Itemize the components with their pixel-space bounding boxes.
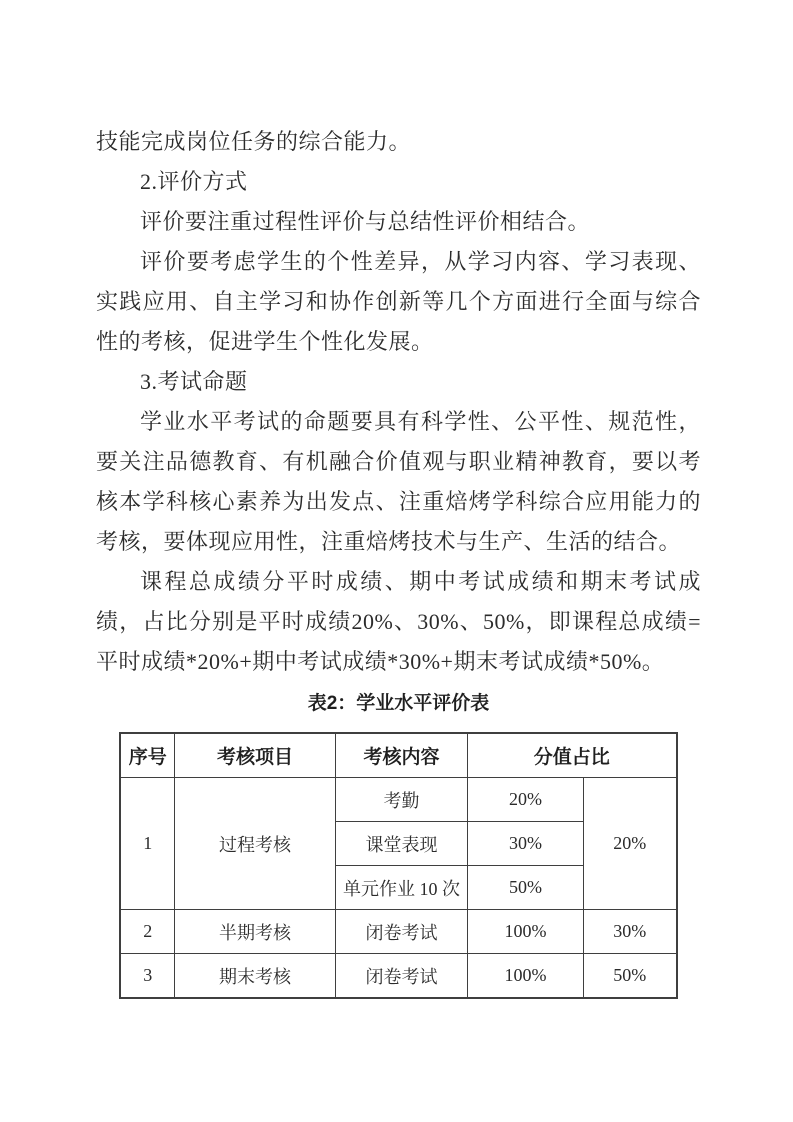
heading-exam-proposition: 3.考试命题 — [96, 362, 701, 402]
cell-row1-detail1-content: 考勤 — [335, 778, 467, 822]
heading-evaluation-method: 2.评价方式 — [96, 162, 701, 202]
header-cell-item: 考核项目 — [174, 733, 335, 778]
cell-row1-detail1-score: 20% — [467, 778, 583, 822]
cell-row3-content: 闭卷考试 — [335, 954, 467, 999]
paragraph-individual-differences: 评价要考虑学生的个性差异，从学习内容、学习表现、实践应用、自主学习和协作创新等几… — [96, 242, 701, 362]
cell-row2-no: 2 — [120, 910, 174, 954]
cell-row2-content: 闭卷考试 — [335, 910, 467, 954]
cell-row2-score: 100% — [467, 910, 583, 954]
cell-row3-score: 100% — [467, 954, 583, 999]
header-cell-weight: 分值占比 — [467, 733, 676, 778]
page-content: 技能完成岗位任务的综合能力。 2.评价方式 评价要注重过程性评价与总结性评价相结… — [96, 122, 701, 999]
document-page: 技能完成岗位任务的综合能力。 2.评价方式 评价要注重过程性评价与总结性评价相结… — [0, 0, 793, 1122]
cell-row1-detail3-score: 50% — [467, 866, 583, 910]
cell-row1-weight: 20% — [583, 778, 676, 910]
evaluation-table: 序号 考核项目 考核内容 分值占比 1 过程考核 考勤 20% 20% 课堂表现… — [119, 732, 677, 999]
table-header-row: 序号 考核项目 考核内容 分值占比 — [120, 733, 676, 778]
paragraph-continuation: 技能完成岗位任务的综合能力。 — [96, 122, 701, 162]
cell-row3-no: 3 — [120, 954, 174, 999]
cell-row1-detail2-content: 课堂表现 — [335, 822, 467, 866]
cell-row1-detail3-content: 单元作业 10 次 — [335, 866, 467, 910]
paragraph-exam-requirements: 学业水平考试的命题要具有科学性、公平性、规范性，要关注品德教育、有机融合价值观与… — [96, 402, 701, 562]
cell-row1-item: 过程考核 — [174, 778, 335, 910]
header-cell-no: 序号 — [120, 733, 174, 778]
paragraph-evaluation-combined: 评价要注重过程性评价与总结性评价相结合。 — [96, 202, 701, 242]
cell-row2-item: 半期考核 — [174, 910, 335, 954]
cell-row3-item: 期末考核 — [174, 954, 335, 999]
table-row: 1 过程考核 考勤 20% 20% — [120, 778, 676, 822]
table-row: 3 期末考核 闭卷考试 100% 50% — [120, 954, 676, 999]
table-caption: 表2：学业水平评价表 — [96, 692, 701, 716]
header-cell-content: 考核内容 — [335, 733, 467, 778]
cell-row3-weight: 50% — [583, 954, 676, 999]
cell-row1-detail2-score: 30% — [467, 822, 583, 866]
paragraph-grade-composition: 课程总成绩分平时成绩、期中考试成绩和期末考试成绩，占比分别是平时成绩20%、30… — [96, 562, 701, 682]
cell-row1-no: 1 — [120, 778, 174, 910]
table-row: 2 半期考核 闭卷考试 100% 30% — [120, 910, 676, 954]
cell-row2-weight: 30% — [583, 910, 676, 954]
